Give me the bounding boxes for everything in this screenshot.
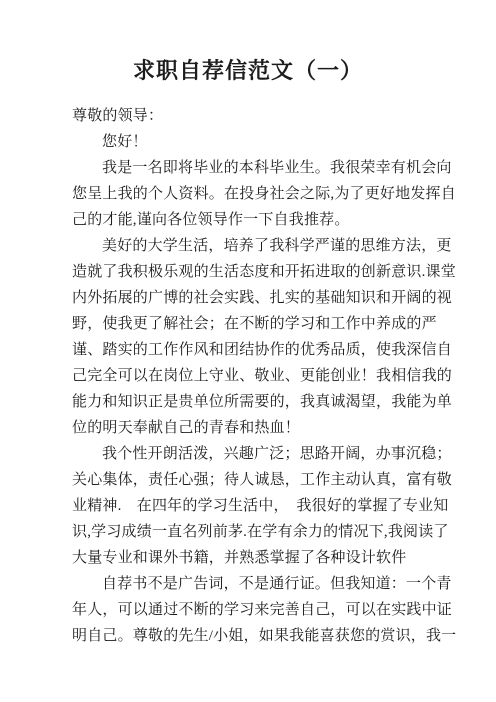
text-line: 年人，可以通过不断的学习来完善自己，可以在实践中证 [72,597,454,623]
text-line: 野，使我更了解社会；在不断的学习和工作中养成的严 [72,311,454,337]
text-line: 识,学习成绩一直名列前茅.在学有余力的情况下,我阅读了 [72,519,454,545]
greeting-line: 您好！ [72,129,454,155]
text-line: 造就了我积极乐观的生活态度和开拓进取的创新意识.课堂 [72,259,454,285]
text-line: 明自己。尊敬的先生/小姐，如果我能喜获您的赏识，我一 [72,623,454,649]
text-line: 业精神. 在四年的学习生活中， 我很好的掌握了专业知 [72,493,454,519]
text-line: 大量专业和课外书籍，并熟悉掌握了各种设计软件 [72,545,454,571]
text-line: 位的明天奉献自己的青春和热血！ [72,415,454,441]
text-line: 美好的大学生活，培养了我科学严谨的思维方法，更 [72,233,454,259]
text-line: 能力和知识正是贵单位所需要的，我真诚渴望，我能为单 [72,389,454,415]
paragraph-closing: 自荐书不是广告词，不是通行证。但我知道：一个青 年人，可以通过不断的学习来完善自… [72,571,454,649]
text-line: 谨、踏实的工作作风和团结协作的优秀品质，使我深信自 [72,337,454,363]
text-line: 己的才能,谨向各位领导作一下自我推荐。 [72,207,454,233]
text-line: 您呈上我的个人资料。在投身社会之际,为了更好地发挥自 [72,181,454,207]
document-title: 求职自荐信范文（一） [0,56,496,86]
text-line: 我是一名即将毕业的本科毕业生。我很荣幸有机会向 [72,155,454,181]
paragraph-personality: 我个性开朗活泼，兴趣广泛；思路开阔，办事沉稳； 关心集体，责任心强；待人诚恳，工… [72,441,454,571]
text-line: 内外拓展的广博的社会实践、扎实的基础知识和开阔的视 [72,285,454,311]
text-line: 关心集体，责任心强；待人诚恳，工作主动认真，富有敬 [72,467,454,493]
text-line: 己完全可以在岗位上守业、敬业、更能创业！我相信我的 [72,363,454,389]
text-line: 自荐书不是广告词，不是通行证。但我知道：一个青 [72,571,454,597]
document-page: 求职自荐信范文（一） 尊敬的领导： 您好！ 我是一名即将毕业的本科毕业生。我很荣… [0,0,496,702]
document-body: 尊敬的领导： 您好！ 我是一名即将毕业的本科毕业生。我很荣幸有机会向 您呈上我的… [72,103,454,649]
salutation-line: 尊敬的领导： [72,103,454,129]
paragraph-university-life: 美好的大学生活，培养了我科学严谨的思维方法，更 造就了我积极乐观的生活态度和开拓… [72,233,454,441]
paragraph-intro: 我是一名即将毕业的本科毕业生。我很荣幸有机会向 您呈上我的个人资料。在投身社会之… [72,155,454,233]
text-line: 我个性开朗活泼，兴趣广泛；思路开阔，办事沉稳； [72,441,454,467]
